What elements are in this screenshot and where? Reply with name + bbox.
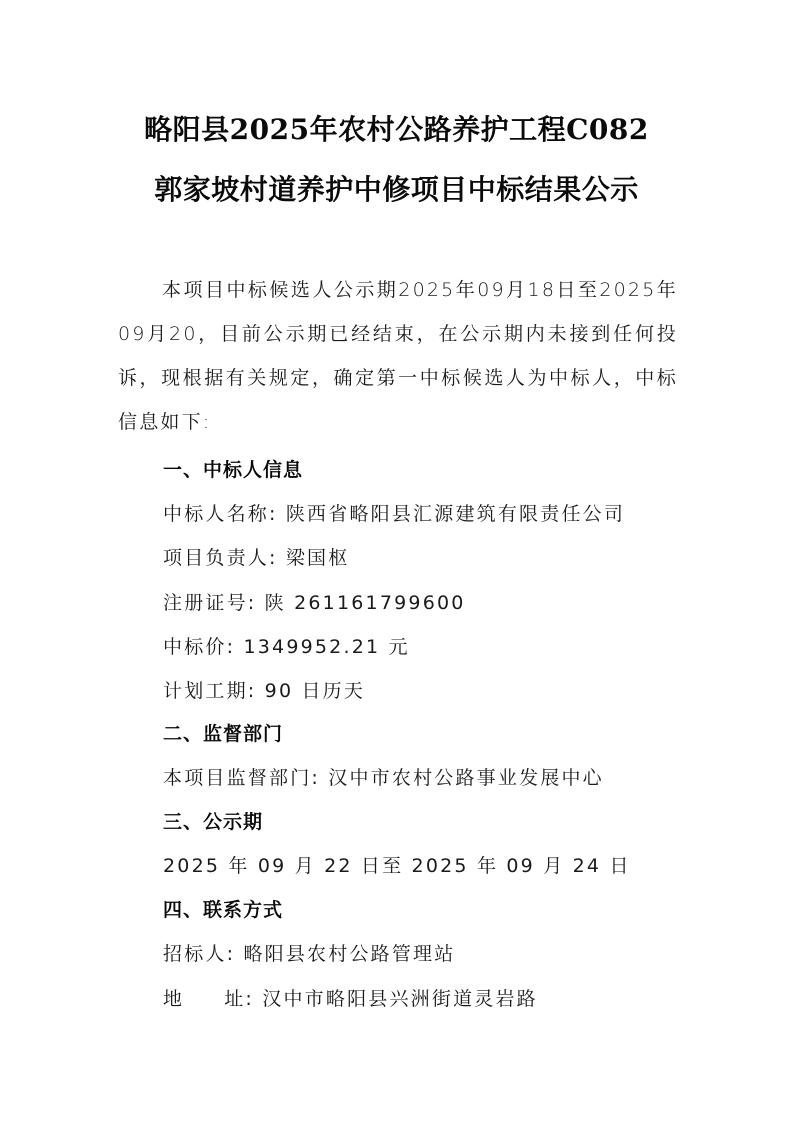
registration-number-value: 陕 261161799600 [265, 592, 466, 614]
address-value: 汉中市略阳县兴洲街道灵岩路 [262, 988, 538, 1010]
bid-price-label: 中标价: [163, 636, 235, 658]
intro-paragraph: 本项目中标候选人公示期2025年09月18日至2025年09月20，目前公示期已… [118, 268, 678, 444]
supervision-department-row: 本项目监督部门: 汉中市农村公路事业发展中心 [163, 763, 604, 790]
bid-price-row: 中标价: 1349952.21 元 [163, 632, 410, 659]
winner-name-label: 中标人名称: [163, 503, 278, 525]
construction-period-label: 计划工期: [163, 680, 256, 702]
tenderer-row: 招标人: 略阳县农村公路管理站 [163, 939, 455, 966]
publicity-period-value: 2025 年 09 月 22 日至 2025 年 09 月 24 日 [163, 855, 631, 877]
publicity-period-row: 2025 年 09 月 22 日至 2025 年 09 月 24 日 [163, 851, 631, 878]
section-heading-supervision: 二、监督部门 [163, 719, 283, 746]
construction-period-row: 计划工期: 90 日历天 [163, 676, 365, 703]
address-label-part1: 地 [163, 988, 184, 1010]
section-heading-contact: 四、联系方式 [163, 895, 283, 922]
section-heading-publicity-period: 三、公示期 [163, 807, 263, 834]
bid-price-value: 1349952.21 元 [243, 636, 409, 658]
document-title-line-1: 略阳县2025年农村公路养护工程C082 [0, 108, 793, 148]
document-title-line-2: 郭家坡村道养护中修项目中标结果公示 [0, 168, 793, 208]
supervision-department-label: 本项目监督部门: [163, 767, 320, 789]
section-heading-winner-info: 一、中标人信息 [163, 455, 303, 482]
tenderer-label: 招标人: [163, 943, 235, 965]
supervision-department-value: 汉中市农村公路事业发展中心 [328, 767, 604, 789]
address-label-part2: 址: [224, 988, 254, 1010]
project-manager-row: 项目负责人: 梁国枢 [163, 543, 349, 570]
winner-name-row: 中标人名称: 陕西省略阳县汇源建筑有限责任公司 [163, 499, 625, 526]
construction-period-value: 90 日历天 [265, 680, 365, 702]
tenderer-value: 略阳县农村公路管理站 [243, 943, 455, 965]
registration-number-row: 注册证号: 陕 261161799600 [163, 588, 466, 615]
registration-number-label: 注册证号: [163, 592, 256, 614]
project-manager-label: 项目负责人: [163, 547, 278, 569]
project-manager-value: 梁国枢 [286, 547, 350, 569]
winner-name-value: 陕西省略阳县汇源建筑有限责任公司 [286, 503, 625, 525]
document-page: 略阳县2025年农村公路养护工程C082 郭家坡村道养护中修项目中标结果公示 本… [0, 0, 793, 1122]
address-row: 地址: 汉中市略阳县兴洲街道灵岩路 [163, 984, 538, 1011]
